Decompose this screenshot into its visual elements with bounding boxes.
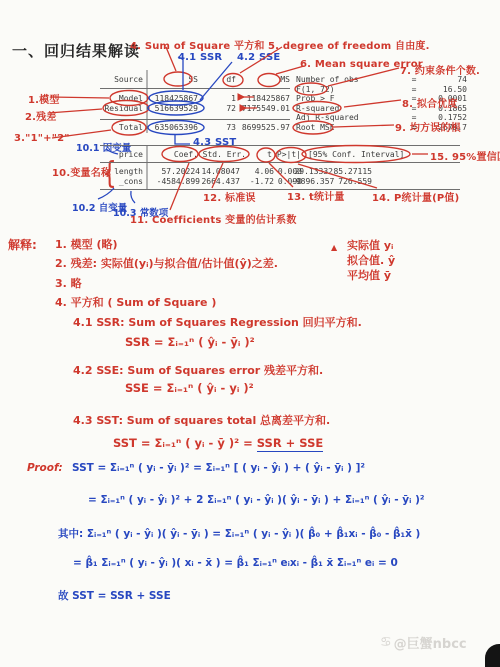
- anova-header-ss: SS: [146, 75, 198, 85]
- notebook-page: { "title": "一、回归结果解读", "colors": { "red"…: [0, 0, 500, 667]
- anova-row-total-ms: 8699525.97: [237, 123, 290, 133]
- sse-formula: SSE = Σᵢ₌₁ⁿ ( ŷᵢ - yᵢ )²: [125, 381, 254, 395]
- label-sse: 4.2 SSE: [237, 52, 280, 63]
- label-confidence-interval: 15. 95%置信区间: [430, 148, 500, 163]
- side-note-arrow: ▲: [331, 243, 337, 252]
- coef-row-length-t: 4.06: [246, 167, 274, 177]
- anova-row-total-df: 73: [204, 123, 236, 133]
- proof-line-5: 故 SST = SSR + SSE: [58, 588, 171, 603]
- label-one-plus-two: 3."1"+"2": [14, 133, 70, 144]
- sst-formula-rhs: SSR + SSE: [257, 436, 323, 452]
- label-t-statistic: 13. t统计量: [287, 188, 345, 203]
- ssr-formula: SSR = Σᵢ₌₁ⁿ ( ŷᵢ - ȳᵢ )²: [125, 335, 255, 349]
- notes-heading: 解释:: [8, 236, 37, 253]
- stat-label: Prob > F: [296, 94, 407, 103]
- label-sst: 4.3 SST: [193, 137, 236, 148]
- coef-header-ci: [95% Conf. Interval]: [308, 150, 404, 160]
- label-p-statistic: 14. P统计量(P值): [372, 189, 459, 204]
- coef-row-length-se: 14.08047: [194, 167, 240, 177]
- proof-line-1: SST = Σᵢ₌₁ⁿ ( yᵢ - ȳᵢ )² = Σᵢ₌₁ⁿ [ ( yᵢ …: [72, 462, 365, 474]
- brace-variable-names: {: [102, 156, 116, 191]
- label-degree-of-freedom: 5. degree of freedom 自由度.: [268, 37, 430, 52]
- anova-row-residual-df: 72: [204, 104, 236, 114]
- label-sum-of-square: 4. Sum of Square 平方和: [130, 37, 265, 52]
- proof-line-3: 其中: Σᵢ₌₁ⁿ ( yᵢ - ŷᵢ )( ŷᵢ - ȳᵢ ) = Σᵢ₌₁ⁿ…: [58, 526, 420, 541]
- coef-header-p: P>|t|: [272, 150, 301, 160]
- label-ssr: 4.1 SSR: [178, 52, 222, 63]
- line-43-to-total-ss: [175, 135, 190, 144]
- label-goodness-of-fit: 8. 拟合优度: [402, 95, 458, 110]
- stat-f: F(1, 72)=16.50: [296, 85, 467, 94]
- label-model: 1.模型: [28, 91, 60, 106]
- coef-row-cons-se: 2664.437: [194, 177, 240, 187]
- watermark-text: @巨蟹nbcc: [394, 633, 467, 652]
- sst-formula: SST = Σᵢ₌₁ⁿ ( yᵢ - ȳ )² = SSR + SSE: [113, 436, 323, 450]
- anova-row-model-df: 1: [204, 94, 236, 104]
- anova-header-ms: MS: [237, 75, 290, 85]
- label-residual: 2.残差: [25, 108, 57, 123]
- anova-row-model-source: Model: [95, 94, 143, 104]
- anova-row-residual-source: Residual: [95, 104, 143, 114]
- note-item-4: 4. 平方和 ( Sum of Square ): [55, 294, 216, 310]
- equals-sign: =: [407, 85, 421, 94]
- coef-header-se: Std. Err.: [194, 150, 246, 160]
- note-item-3: 3. 略: [55, 275, 82, 291]
- line-103-to-cons: [131, 191, 135, 203]
- anova-row-model-ms: 118425867: [237, 94, 290, 104]
- proof-label: Proof:: [27, 462, 63, 474]
- anova-header-source: Source: [95, 75, 143, 85]
- watermark: ♋ @巨蟹nbcc: [380, 633, 467, 652]
- zodiac-cancer-icon: ♋: [380, 635, 392, 650]
- coef-row-cons-t: -1.72: [246, 177, 274, 187]
- proof-line-2: = Σᵢ₌₁ⁿ ( yᵢ - ŷᵢ )² + 2 Σᵢ₌₁ⁿ ( yᵢ - ŷᵢ…: [88, 494, 424, 506]
- stat-label: Root MSE: [296, 123, 407, 132]
- side-note-actual-value: 实际值 yᵢ: [347, 237, 393, 253]
- stat-label: Number of obs: [296, 75, 407, 84]
- note-item-2: 2. 残差: 实际值(yᵢ)与拟合值/估计值(ŷ)之差.: [55, 255, 278, 271]
- coef-row-cons-cihi: 726.559: [326, 177, 372, 187]
- coef-row-cons-coef: -4584.899: [152, 177, 200, 187]
- side-note-mean-value: 平均值 ȳ: [347, 267, 391, 283]
- anova-row-total-source: Total: [95, 123, 143, 133]
- note-item-4-2: 4.2 SSE: Sum of Squares error 残差平方和.: [73, 362, 323, 378]
- coef-header-t: t: [246, 150, 272, 160]
- coef-row-length-coef: 57.20224: [152, 167, 200, 177]
- anova-row-total-ss: 635065396: [146, 123, 198, 133]
- stat-label: Adj R-squared: [296, 113, 407, 122]
- sst-formula-lhs: SST = Σᵢ₌₁ⁿ ( yᵢ - ȳ )² =: [113, 436, 257, 450]
- page-title: 一、回归结果解读: [12, 40, 140, 61]
- anova-header-df: df: [204, 75, 236, 85]
- label-constraint-count: 7. 约束条件个数.: [400, 62, 480, 77]
- stat-value: 16.50: [421, 85, 467, 94]
- coef-row-length-cihi: 85.27115: [326, 167, 372, 177]
- anova-row-model-ss: 118425867: [146, 94, 198, 104]
- stat-label: F(1, 72): [296, 85, 407, 94]
- note-item-4-3: 4.3 SST: Sum of squares total 总离差平方和.: [73, 412, 330, 428]
- anova-row-residual-ss: 516639529: [146, 104, 198, 114]
- note-item-4-1: 4.1 SSR: Sum of Squares Regression 回归平方和…: [73, 314, 362, 330]
- coef-header-coef: Coef.: [152, 150, 198, 160]
- stat-label: R-squared: [296, 104, 407, 113]
- label-root-mse: 9. 均方误的根: [395, 119, 461, 134]
- label-std-error: 12. 标准误: [203, 189, 256, 204]
- side-note-fitted-value: 拟合值. ŷ: [347, 252, 395, 268]
- label-coefficients: 11. Coefficients 变量的估计系数: [130, 211, 297, 226]
- photo-corner-artifact: [485, 644, 500, 667]
- anova-row-residual-ms: 7175549.01: [237, 104, 290, 114]
- label-dependent-var: 10.1 因变量: [76, 140, 131, 154]
- proof-line-4: = β̂₁ Σᵢ₌₁ⁿ ( yᵢ - ŷᵢ )( xᵢ - x̄ ) = β̂₁…: [73, 557, 398, 569]
- note-item-1: 1. 模型 (略): [55, 236, 118, 252]
